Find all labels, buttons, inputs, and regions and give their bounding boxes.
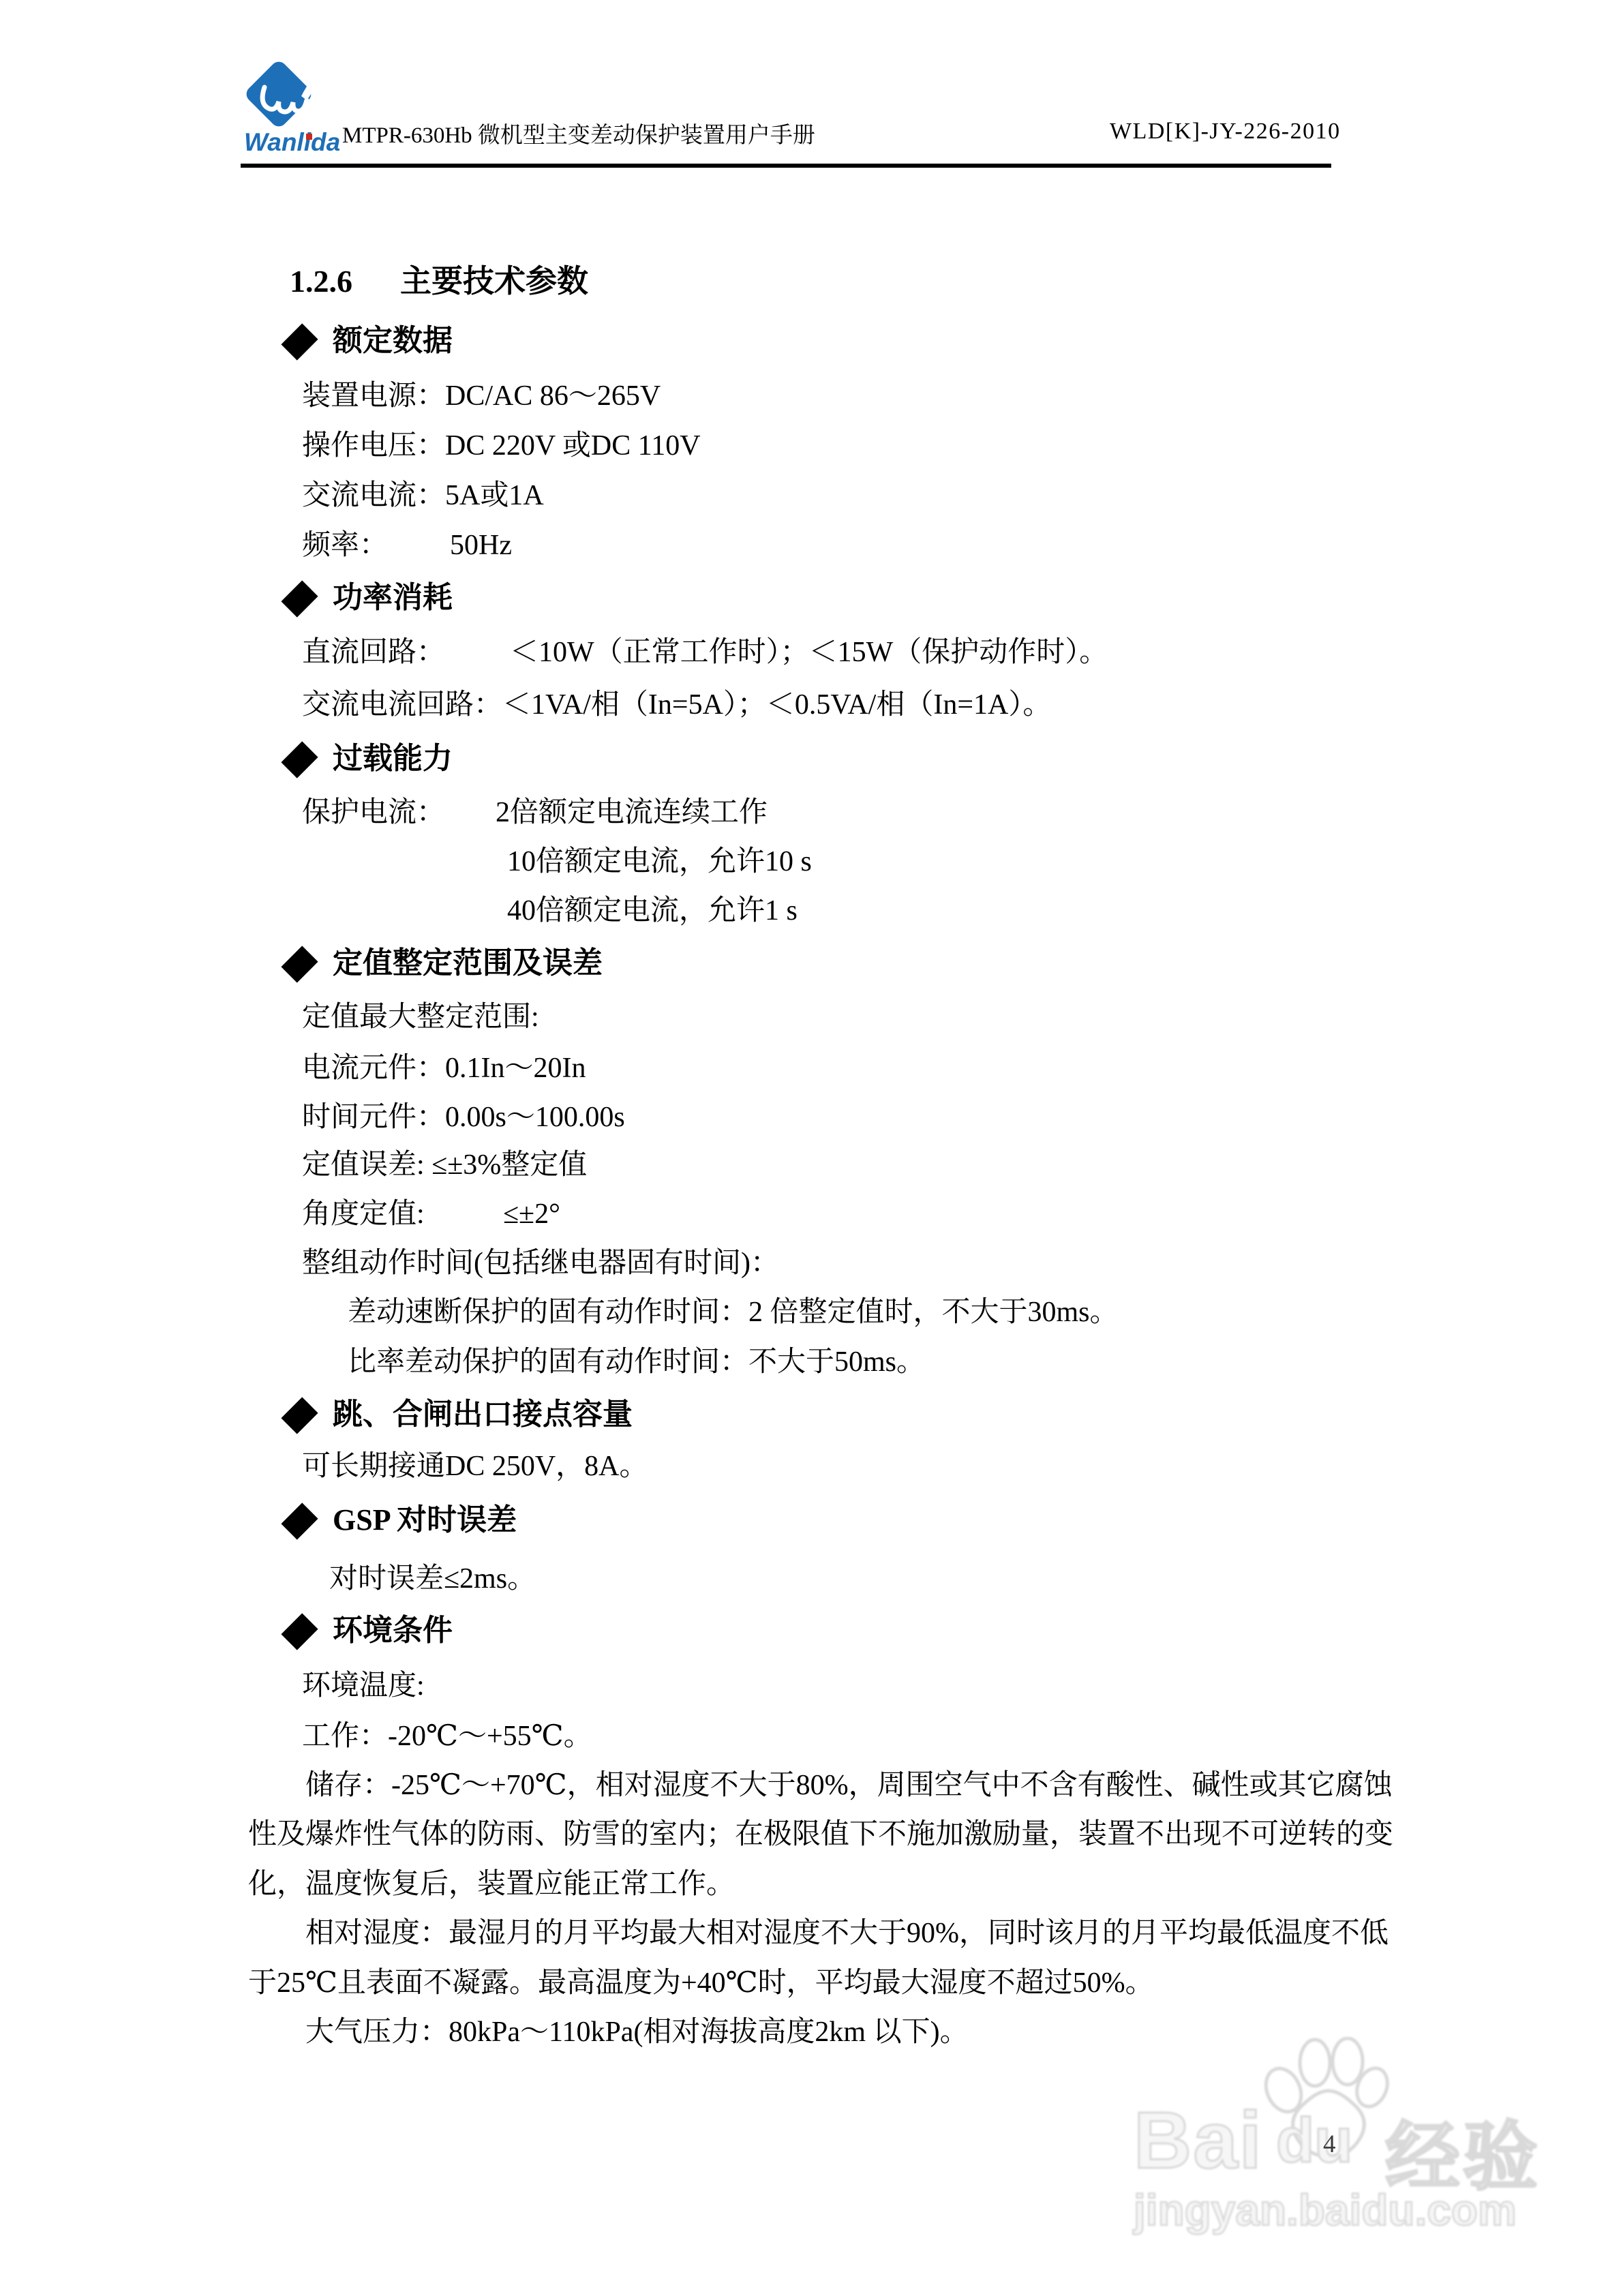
- text-line: 整组动作时间(包括继电器固有时间)：: [302, 1249, 779, 1278]
- section-heading: 功率消耗: [333, 583, 453, 613]
- text-line: 操作电压：DC 220V 或DC 110V: [302, 432, 701, 460]
- section-heading: 跳、合闸出口接点容量: [333, 1400, 633, 1430]
- watermark-du-text: du: [1276, 2105, 1352, 2177]
- diamond-bullet-icon: [281, 1613, 318, 1650]
- text-line: 环境温度:: [302, 1672, 425, 1700]
- text-line: 大气压力：80kPa～110kPa(相对海拔高度2km 以下)。: [305, 2018, 969, 2046]
- watermark-baidu-text: Bai: [1134, 2094, 1263, 2187]
- text-line: 定值最大整定范围:: [302, 1003, 539, 1031]
- text-line: 定值误差: ≤±3%整定值: [302, 1151, 587, 1179]
- text-line: 2倍额定电流连续工作: [496, 798, 768, 827]
- diamond-bullet-icon: [281, 1502, 318, 1539]
- text-line: 工作：-20℃～+55℃。: [302, 1722, 592, 1751]
- text-line: 直流回路：: [302, 638, 445, 667]
- text-line: 相对湿度：最湿月的月平均最大相对湿度不大于90%，同时该月的月平均最低温度不低: [305, 1919, 1389, 1948]
- text-line: 频率：: [302, 531, 388, 560]
- section-heading: 主要技术参数: [400, 266, 588, 297]
- text-line: ＜10W（正常工作时）；＜15W（保护动作时）。: [510, 638, 1108, 667]
- diamond-bullet-icon: [281, 580, 318, 617]
- document-number: WLD[K]-JY-226-2010: [1110, 119, 1341, 145]
- section-heading: 过载能力: [333, 744, 453, 774]
- text-line: 性及爆炸性气体的防雨、防雪的室内；在极限值下不施加激励量，装置不出现不可逆转的变: [248, 1820, 1393, 1849]
- text-line: 50Hz: [450, 531, 512, 560]
- section-heading: 1.2.6: [290, 266, 352, 297]
- text-line: 40倍额定电流，允许1 s: [507, 896, 798, 925]
- diamond-bullet-icon: [281, 741, 318, 778]
- wanlida-brand-text: Wanlida: [244, 128, 340, 157]
- text-line: 角度定值:: [302, 1200, 425, 1228]
- document-page: Wanlida MTPR-630Hb 微机型主变差动保护装置用户手册 WLD[K…: [0, 0, 1623, 2296]
- text-line: 比率差动保护的固有动作时间：不大于50ms。: [348, 1348, 925, 1376]
- text-line: 化，温度恢复后，装置应能正常工作。: [248, 1870, 735, 1899]
- watermark-url-text: jingyan.baidu.com: [1134, 2185, 1517, 2235]
- page-number: 4: [1323, 2130, 1336, 2159]
- text-line: 保护电流：: [302, 798, 445, 827]
- text-line: 对时误差≤2ms。: [329, 1565, 536, 1593]
- text-line: 储存：-25℃～+70℃，相对湿度不大于80%，周围空气中不含有酸性、碱性或其它…: [305, 1771, 1393, 1800]
- section-heading: 环境条件: [333, 1616, 453, 1646]
- text-line: ≤±2°: [503, 1200, 560, 1228]
- brand-red-dot: [306, 134, 312, 140]
- text-line: 装置电源：DC/AC 86～265V: [302, 382, 661, 410]
- manual-title: MTPR-630Hb 微机型主变差动保护装置用户手册: [342, 117, 815, 149]
- text-line: 交流电流：5A或1A: [302, 481, 544, 510]
- diamond-bullet-icon: [281, 323, 318, 360]
- text-line: 时间元件：0.00s～100.00s: [302, 1103, 625, 1132]
- header-divider: [241, 164, 1331, 168]
- text-line: 电流元件：0.1In～20In: [302, 1054, 586, 1083]
- text-line: 10倍额定电流，允许10 s: [507, 847, 812, 876]
- diamond-bullet-icon: [281, 1397, 318, 1434]
- text-line: 可长期接通DC 250V，8A。: [302, 1452, 648, 1481]
- text-line: 于25℃且表面不凝露。最高温度为+40℃时，平均最大湿度不超过50%。: [248, 1969, 1154, 1997]
- section-heading: 额定数据: [333, 326, 453, 356]
- text-line: 交流电流回路：＜1VA/相（In=5A）；＜0.5VA/相（In=1A）。: [302, 691, 1051, 719]
- section-heading: GSP 对时误差: [333, 1505, 517, 1535]
- diamond-bullet-icon: [281, 946, 318, 982]
- text-line: 差动速断保护的固有动作时间：2 倍整定值时，不大于30ms。: [348, 1298, 1119, 1327]
- section-heading: 定值整定范围及误差: [333, 948, 603, 978]
